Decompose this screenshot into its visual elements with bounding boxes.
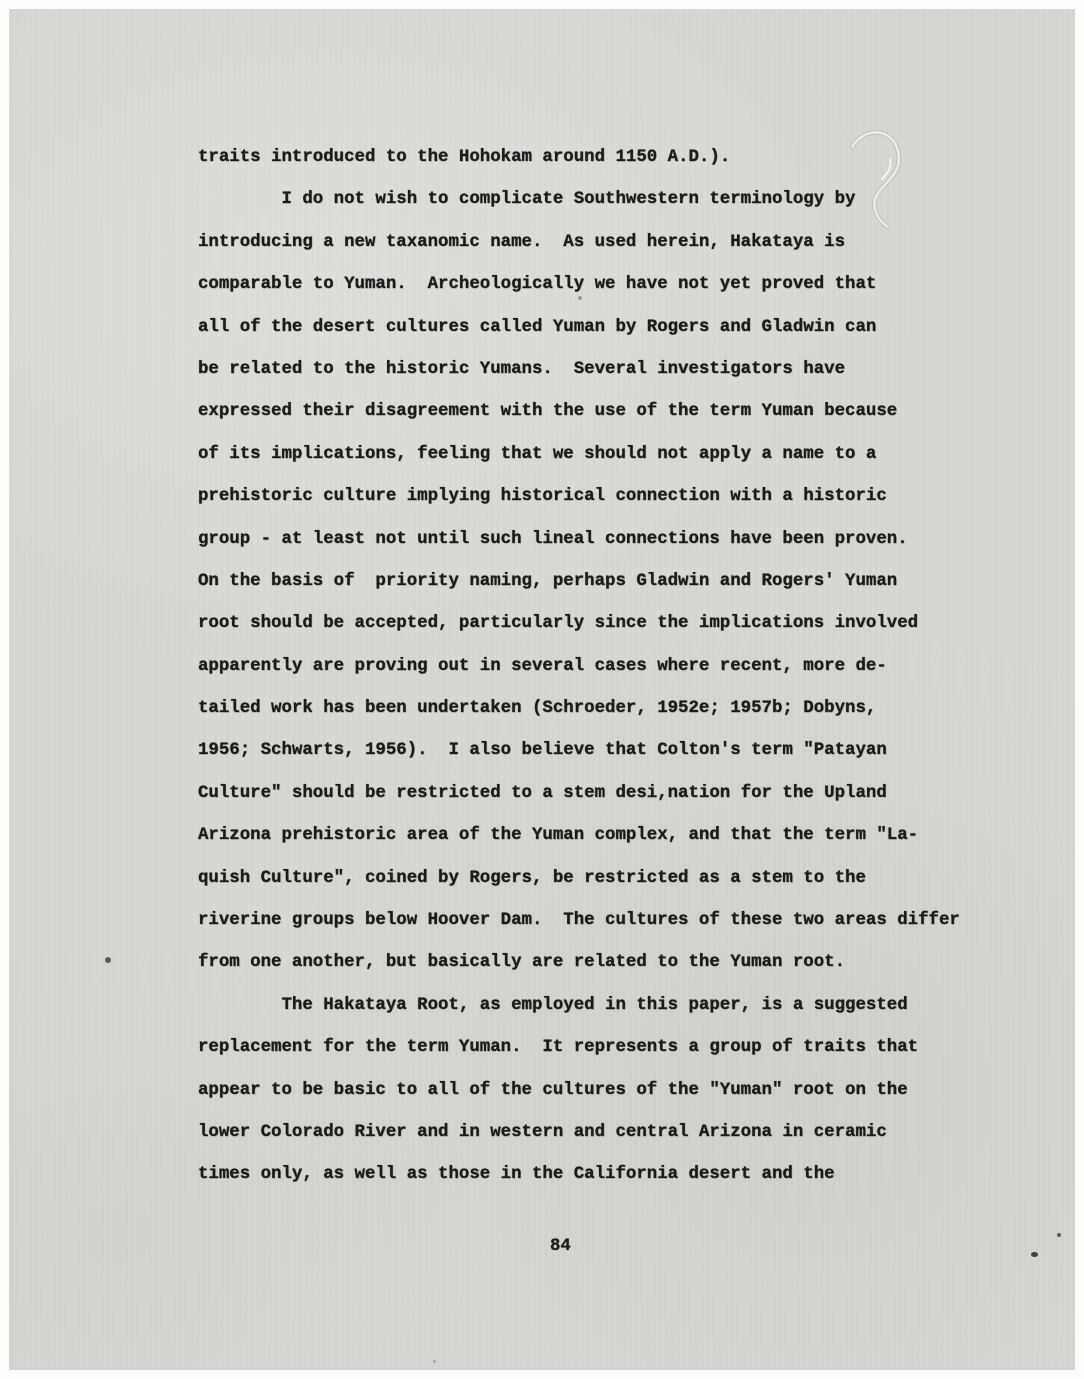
typed-line: all of the desert cultures called Yuman …	[198, 307, 998, 349]
ink-speck	[105, 957, 111, 963]
page-number: 84	[550, 1237, 571, 1256]
typed-line: be related to the historic Yumans. Sever…	[198, 349, 998, 391]
typed-line: quish Culture", coined by Rogers, be res…	[198, 858, 998, 900]
typed-line: of its implications, feeling that we sho…	[198, 434, 998, 476]
typed-line: appear to be basic to all of the culture…	[198, 1070, 998, 1112]
typed-line: group - at least not until such lineal c…	[198, 519, 998, 561]
typed-line: Arizona prehistoric area of the Yuman co…	[198, 815, 998, 857]
typed-line: prehistoric culture implying historical …	[198, 476, 998, 518]
scan-page: traits introduced to the Hohokam around …	[9, 9, 1075, 1370]
typed-line: times only, as well as those in the Cali…	[198, 1154, 998, 1196]
ink-speck	[578, 296, 582, 300]
ink-speck	[433, 1360, 436, 1363]
typed-line: 1956; Schwarts, 1956). I also believe th…	[198, 730, 998, 772]
typed-line: riverine groups below Hoover Dam. The cu…	[198, 900, 998, 942]
typed-line: replacement for the term Yuman. It repre…	[198, 1027, 998, 1069]
ink-speck	[1057, 1233, 1061, 1237]
typed-line: root should be accepted, particularly si…	[198, 603, 998, 645]
typed-line: I do not wish to complicate Southwestern…	[198, 179, 998, 221]
typed-line: On the basis of priority naming, perhaps…	[198, 561, 998, 603]
typed-line: introducing a new taxanomic name. As use…	[198, 222, 998, 264]
typed-line: expressed their disagreement with the us…	[198, 391, 998, 433]
typed-line: The Hakataya Root, as employed in this p…	[198, 985, 998, 1027]
typed-line: comparable to Yuman. Archeologically we …	[198, 264, 998, 306]
ink-speck	[1031, 1252, 1038, 1257]
typed-line: apparently are proving out in several ca…	[198, 646, 998, 688]
typed-line: lower Colorado River and in western and …	[198, 1112, 998, 1154]
typed-text-block: traits introduced to the Hohokam around …	[198, 137, 998, 1197]
typed-line: traits introduced to the Hohokam around …	[198, 137, 998, 179]
typed-line: tailed work has been undertaken (Schroed…	[198, 688, 998, 730]
scan-frame: traits introduced to the Hohokam around …	[0, 0, 1084, 1379]
typed-line: Culture" should be restricted to a stem …	[198, 773, 998, 815]
typed-line: from one another, but basically are rela…	[198, 942, 998, 984]
